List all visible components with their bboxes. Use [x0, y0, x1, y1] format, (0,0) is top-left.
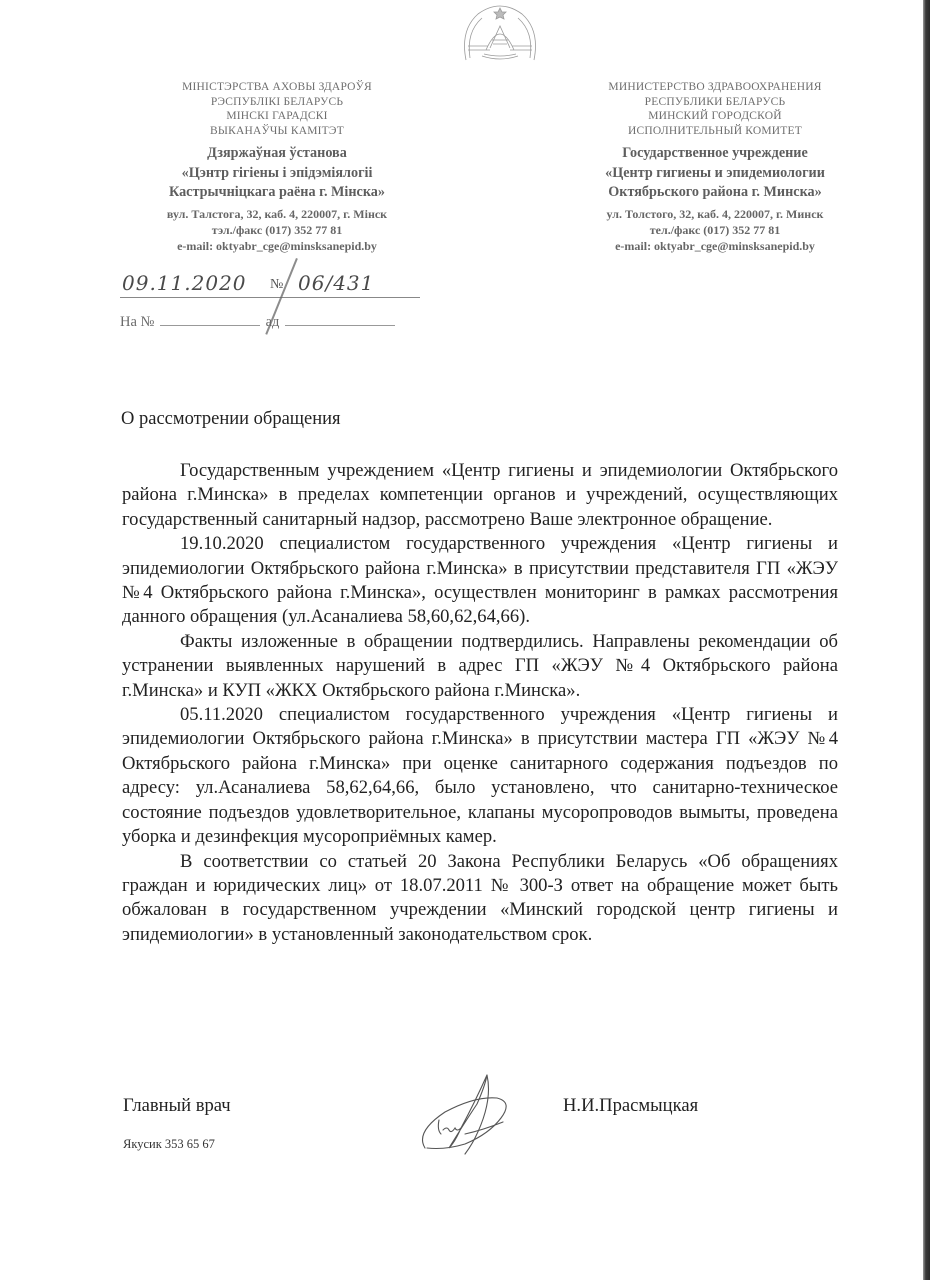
- address-line: вул. Талстога, 32, каб. 4, 220007, г. Мі…: [117, 206, 437, 222]
- belarus-state-emblem-icon: [456, 0, 544, 62]
- registration-number: 06/431: [298, 271, 374, 295]
- institution-line: Государственное учреждение: [555, 144, 875, 164]
- registration-date: 09.11.2020: [122, 271, 247, 295]
- institution-line: Дзяржаўная ўстанова: [117, 144, 437, 164]
- address-line: ул. Толстого, 32, каб. 4, 220007, г. Мин…: [555, 206, 875, 222]
- letter-subject: О рассмотрении обращения: [121, 409, 341, 430]
- outgoing-registration-line: 09.11.2020 № 06/431: [120, 277, 420, 298]
- letter-body: Государственным учреждением «Центр гигие…: [122, 459, 838, 947]
- header-left-belarusian: МІНІСТЭРСТВА АХОВЫ ЗДАРОЎЯ РЭСПУБЛІКІ БЕ…: [117, 80, 437, 254]
- body-paragraph: Государственным учреждением «Центр гигие…: [122, 459, 838, 532]
- institution-line: «Центр гигиены и эпидемиологии: [555, 164, 875, 184]
- email-line: e-mail: oktyabr_cge@minsksanepid.by: [117, 238, 437, 254]
- body-paragraph: 19.10.2020 специалистом государственного…: [122, 532, 838, 630]
- phone-line: тэл./факс (017) 352 77 81: [117, 222, 437, 238]
- ministry-line: РЕСПУБЛИКИ БЕЛАРУСЬ: [555, 95, 875, 110]
- body-paragraph: В соответствии со статьей 20 Закона Респ…: [122, 850, 838, 948]
- ministry-line: ИСПОЛНИТЕЛЬНЫЙ КОМИТЕТ: [555, 124, 875, 139]
- ministry-line: ВЫКАНАЎЧЫ КАМІТЭТ: [117, 124, 437, 139]
- phone-line: тел./факс (017) 352 77 81: [555, 222, 875, 238]
- ministry-line: РЭСПУБЛІКІ БЕЛАРУСЬ: [117, 95, 437, 110]
- email-line: e-mail: oktyabr_cge@minsksanepid.by: [555, 238, 875, 254]
- institution-line: Октябрьского района г. Минска»: [555, 183, 875, 203]
- handwritten-signature-icon: [405, 1072, 530, 1172]
- ministry-line: МИНИСТЕРСТВО ЗДРАВООХРАНЕНИЯ: [555, 80, 875, 95]
- signatory-name: Н.И.Прасмыцкая: [563, 1095, 698, 1117]
- ministry-line: МИНСКИЙ ГОРОДСКОЙ: [555, 109, 875, 124]
- body-paragraph: Факты изложенные в обращении подтвердили…: [122, 630, 838, 703]
- institution-line: «Цэнтр гігіены і эпідэміялогіі: [117, 164, 437, 184]
- executor-contact: Якусик 353 65 67: [123, 1137, 215, 1152]
- reply-date-blank: [285, 313, 395, 326]
- ministry-line: МІНІСТЭРСТВА АХОВЫ ЗДАРОЎЯ: [117, 80, 437, 95]
- ministry-line: МІНСКІ ГАРАДСКІ: [117, 109, 437, 124]
- institution-line: Кастрычніцкага раёна г. Мінска»: [117, 183, 437, 203]
- signatory-position: Главный врач: [123, 1095, 231, 1117]
- reply-date-label: ад: [266, 314, 280, 330]
- scanner-edge-strip: [923, 0, 930, 1280]
- body-paragraph: 05.11.2020 специалистом государственного…: [122, 703, 838, 849]
- reply-to-label: На №: [120, 314, 154, 330]
- reply-number-blank: [160, 313, 260, 326]
- incoming-reference-line: На № ад: [120, 313, 420, 331]
- header-right-russian: МИНИСТЕРСТВО ЗДРАВООХРАНЕНИЯ РЕСПУБЛИКИ …: [555, 80, 875, 254]
